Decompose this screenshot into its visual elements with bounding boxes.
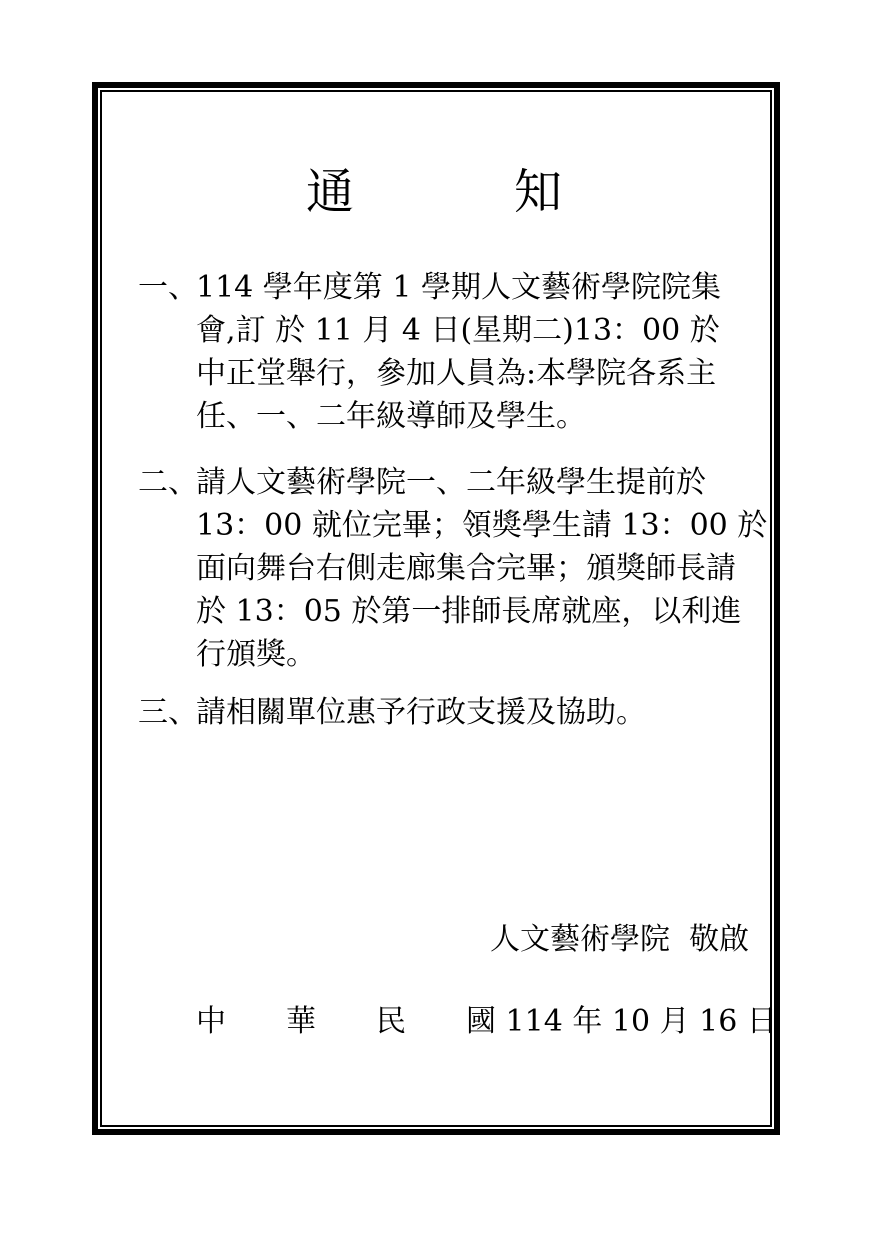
item-1-marker: 一、: [138, 266, 196, 309]
list-item-3: 三、 請相關單位惠予行政支援及協助。: [138, 691, 756, 734]
item-1-line-2: 會,訂 於 11 月 4 日(星期二)13：00 於: [196, 309, 756, 352]
item-3-marker: 三、: [138, 691, 196, 734]
item-1-line-4: 任、一、二年級導師及學生。: [196, 395, 756, 438]
item-2-line-4: 於 13：05 於第一排師長席就座，以利進: [196, 590, 756, 633]
item-2-line-3: 面向舞台右側走廊集合完畢；頒獎師長請: [196, 547, 756, 590]
item-2-line-5: 行頒獎。: [196, 633, 756, 676]
item-1-text: 114 學年度第 1 學期人文藝術學院院集 會,訂 於 11 月 4 日(星期二…: [196, 266, 756, 438]
notice-inner-border: 通 知 一、 114 學年度第 1 學期人文藝術學院院集 會,訂 於 11 月 …: [100, 90, 772, 1127]
notice-body: 一、 114 學年度第 1 學期人文藝術學院院集 會,訂 於 11 月 4 日(…: [102, 266, 770, 734]
notice-page: 通 知 一、 114 學年度第 1 學期人文藝術學院院集 會,訂 於 11 月 …: [0, 0, 873, 1234]
notice-title: 通 知: [102, 164, 770, 220]
list-item-2: 二、 請人文藝術學院一、二年級學生提前於 13：00 就位完畢；領獎學生請 13…: [138, 461, 756, 676]
item-2-line-1: 請人文藝術學院一、二年級學生提前於: [196, 461, 756, 504]
item-1-line-3: 中正堂舉行，參加人員為:本學院各系主: [196, 352, 756, 395]
signature: 人文藝術學院 敬啟: [490, 914, 749, 958]
item-2-line-2: 13：00 就位完畢；領獎學生請 13：00 於: [196, 504, 756, 547]
item-2-marker: 二、: [138, 461, 196, 504]
list-item-1: 一、 114 學年度第 1 學期人文藝術學院院集 會,訂 於 11 月 4 日(…: [138, 266, 756, 438]
date-line: 中 華 民 國 114 年 10 月 16 日: [196, 996, 777, 1040]
item-1-line-1: 114 學年度第 1 學期人文藝術學院院集: [196, 266, 756, 309]
item-2-text: 請人文藝術學院一、二年級學生提前於 13：00 就位完畢；領獎學生請 13：00…: [196, 461, 756, 676]
item-3-line-1: 請相關單位惠予行政支援及協助。: [196, 691, 756, 734]
item-3-text: 請相關單位惠予行政支援及協助。: [196, 691, 756, 734]
notice-outer-border: 通 知 一、 114 學年度第 1 學期人文藝術學院院集 會,訂 於 11 月 …: [92, 82, 780, 1135]
